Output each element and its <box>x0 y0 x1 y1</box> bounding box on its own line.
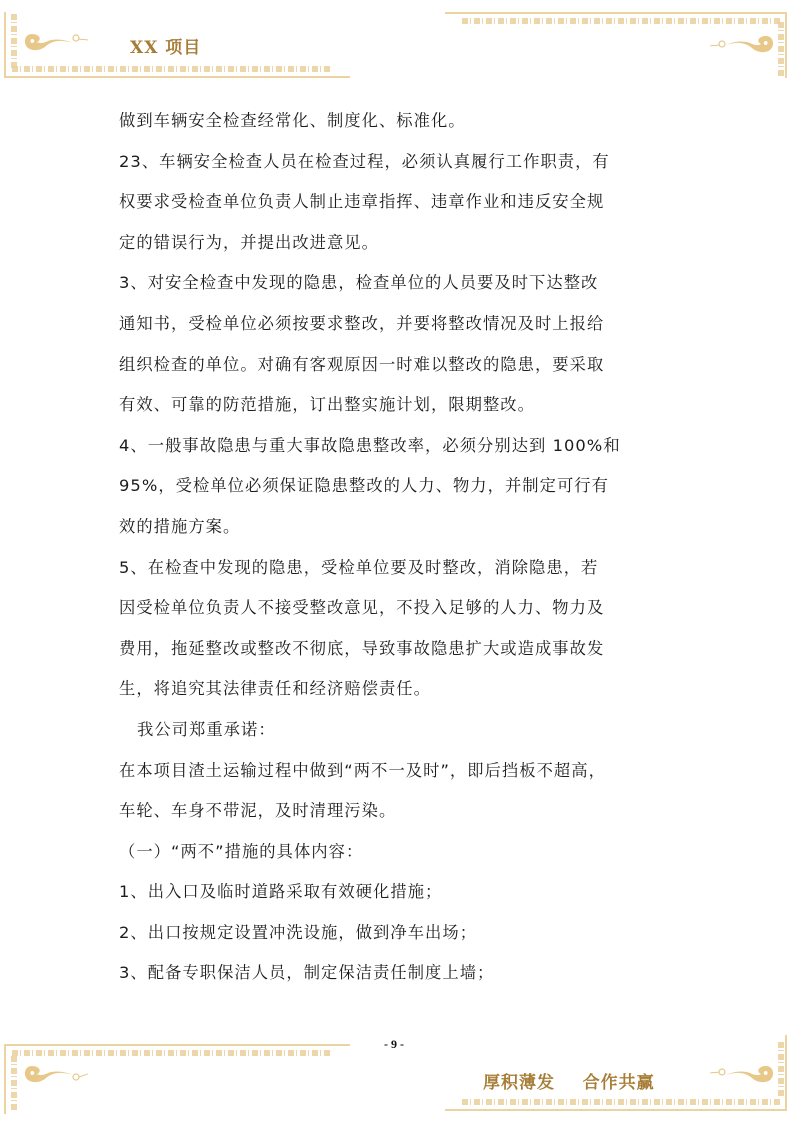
body-line: 生，将追究其法律责任和经济赔偿责任。 <box>119 669 679 710</box>
document-body: 做到车辆安全检查经常化、制度化、标准化。 23、车辆安全检查人员在检查过程，必须… <box>119 101 679 994</box>
greek-fret-border-right <box>778 1042 784 1098</box>
body-line: 权要求受检查单位负责人制止违章指挥、违章作业和违反安全规 <box>119 182 679 223</box>
body-line: 定的错误行为，并提出改进意见。 <box>119 223 679 264</box>
page-number: - 9 - <box>384 1037 404 1052</box>
footer-slogan: 厚积薄发 合作共赢 <box>483 1068 655 1093</box>
body-line: 95%，受检单位必须保证隐患整改的人力、物力，并制定可行有 <box>119 466 679 507</box>
body-line: 5、在检查中发现的隐患，受检单位要及时整改，消除隐患，若 <box>119 548 679 589</box>
body-line: 4、一般事故隐患与重大事故隐患整改率，必须分别达到 100%和 <box>119 426 679 467</box>
cloud-ornament-icon <box>22 30 88 54</box>
body-line: 费用，拖延整改或整改不彻底，导致事故隐患扩大或造成事故发 <box>119 629 679 670</box>
footer-frame-right-vertical-line <box>785 1035 787 1111</box>
commitment-heading: 我公司郑重承诺： <box>119 710 679 751</box>
header-frame-right-vertical-line <box>785 12 787 78</box>
greek-fret-border-top-right <box>462 18 780 24</box>
list-item: 3、配备专职保洁人员，制定保洁责任制度上墙； <box>119 953 679 994</box>
body-line: 23、车辆安全检查人员在检查过程，必须认真履行工作职责，有 <box>119 142 679 183</box>
list-item: 2、出口按规定设置冲洗设施，做到净车出场； <box>119 913 679 954</box>
greek-fret-border-bottom-right <box>462 1099 780 1105</box>
body-line: 做到车辆安全检查经常化、制度化、标准化。 <box>119 101 679 142</box>
greek-fret-border-left <box>11 14 17 70</box>
footer-frame-left-vertical-line <box>4 1044 6 1114</box>
greek-fret-border-right <box>778 22 784 76</box>
body-line: 车轮、车身不带泥，及时清理污染。 <box>119 791 679 832</box>
list-item: 1、出入口及临时道路采取有效硬化措施； <box>119 872 679 913</box>
header-frame-left-vertical-line <box>4 12 6 78</box>
body-line: 效的措施方案。 <box>119 507 679 548</box>
cloud-ornament-icon <box>710 32 776 56</box>
body-line: 组织检查的单位。对确有客观原因一时难以整改的隐患，要采取 <box>119 345 679 386</box>
footer-frame-left-top-line <box>4 1044 350 1046</box>
body-line: 因受检单位负责人不接受整改意见，不投入足够的人力、物力及 <box>119 588 679 629</box>
footer-frame-right-bottom-line <box>445 1109 787 1111</box>
header-frame-right-top-line <box>445 12 785 14</box>
header-title: XX 项目 <box>130 33 201 58</box>
greek-fret-border-left <box>11 1056 17 1112</box>
header-frame-left-bottom-line <box>4 76 350 78</box>
body-line: 有效、可靠的防范措施，订出整实施计划，限期整改。 <box>119 385 679 426</box>
section-heading: （一）“两不”措施的具体内容： <box>119 832 679 873</box>
greek-fret-border-bottom-left <box>12 1050 330 1056</box>
greek-fret-border-top-left <box>12 66 332 72</box>
cloud-ornament-icon <box>710 1062 776 1086</box>
body-line: 在本项目渣土运输过程中做到“两不一及时”，即后挡板不超高， <box>119 751 679 792</box>
body-line: 通知书，受检单位必须按要求整改，并要将整改情况及时上报给 <box>119 304 679 345</box>
cloud-ornament-icon <box>22 1062 88 1086</box>
body-line: 3、对安全检查中发现的隐患，检查单位的人员要及时下达整改 <box>119 263 679 304</box>
